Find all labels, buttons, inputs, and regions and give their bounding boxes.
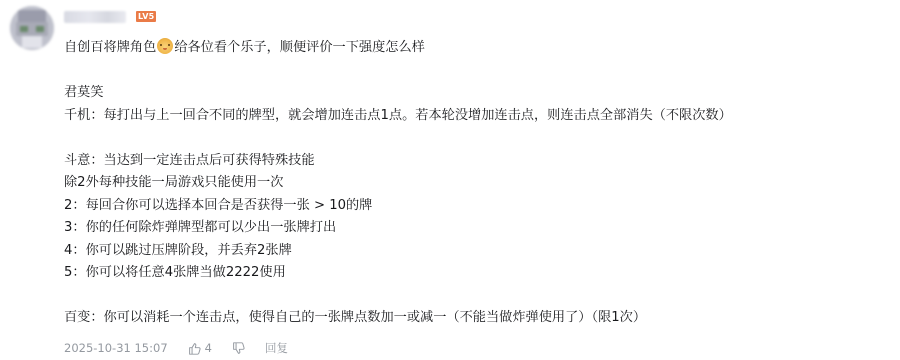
comment-line: 斗意：当达到一定连击点后可获得特殊技能 xyxy=(64,150,884,173)
timestamp: 2025-10-31 15:07 xyxy=(64,341,168,355)
level-badge: LV5 xyxy=(136,11,156,22)
comment-line-intro: 自创百将牌角色给各位看个乐子，顺便评价一下强度怎么样 xyxy=(64,37,884,60)
thumbs-up-icon xyxy=(188,342,201,355)
comment-line: 百变：你可以消耗一个连击点，使得自己的一张牌点数加一或减一（不能当做炸弹使用了）… xyxy=(64,307,884,330)
comment-line: 君莫笑 xyxy=(64,82,884,105)
intro-text-before: 自创百将牌角色 xyxy=(64,40,156,55)
intro-text-after: 给各位看个乐子，顺便评价一下强度怎么样 xyxy=(174,40,425,55)
comment-line: 4：你可以跳过压牌阶段，并丢弃2张牌 xyxy=(64,240,884,263)
reply-button[interactable]: 回复 xyxy=(265,340,288,356)
comment-meta: 2025-10-31 15:07 4 回复 xyxy=(64,340,288,356)
comment-content: 自创百将牌角色给各位看个乐子，顺便评价一下强度怎么样 君莫笑 千机：每打出与上一… xyxy=(64,37,884,330)
username[interactable] xyxy=(64,11,126,23)
comment-line: 除2外每种技能一局游戏只能使用一次 xyxy=(64,172,884,195)
avatar[interactable] xyxy=(10,6,54,50)
comment-line: 5：你可以将任意4张牌当做2222使用 xyxy=(64,262,884,285)
dislike-button[interactable] xyxy=(232,342,245,355)
doge-emoji-icon xyxy=(157,38,173,54)
like-count: 4 xyxy=(205,341,212,355)
like-button[interactable]: 4 xyxy=(188,341,212,355)
comment-line: 2：每回合你可以选择本回合是否获得一张 > 10的牌 xyxy=(64,195,884,218)
comment-line: 3：你的任何除炸弹牌型都可以少出一张牌打出 xyxy=(64,217,884,240)
comment-line: 千机：每打出与上一回合不同的牌型，就会增加连击点1点。若本轮没增加连击点，则连击… xyxy=(64,105,884,128)
thumbs-down-icon xyxy=(232,342,245,355)
